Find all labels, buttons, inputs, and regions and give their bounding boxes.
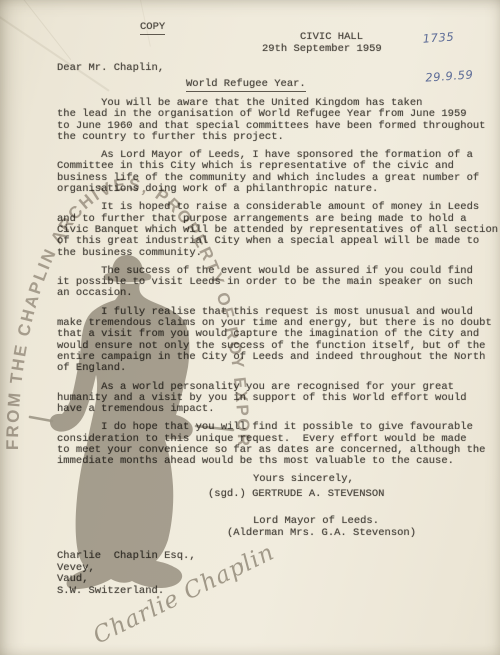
subject-line: World Refugee Year. <box>186 79 306 92</box>
text-line: of this great industrial City when a spe… <box>57 236 498 247</box>
copy-stamp: COPY <box>140 22 165 35</box>
paragraph: As Lord Mayor of Leeds, I have sponsored… <box>57 150 498 195</box>
signatory-name: (Alderman Mrs. G.A. Stevenson) <box>227 528 416 539</box>
text-line: the lead in the organisation of World Re… <box>57 109 498 120</box>
address-line: Charlie Chaplin Esq., <box>57 551 196 563</box>
paragraph: I do hope that you will find it possible… <box>57 422 498 467</box>
typed-letter-layer: COPY CIVIC HALL 29th September 1959 Dear… <box>0 0 500 655</box>
signature-line: (sgd.) GERTRUDE A. STEVENSON <box>208 489 384 500</box>
paragraph: As a world personality you are recognise… <box>57 382 498 416</box>
text-line: immediate months ahead would be ths most… <box>57 456 498 467</box>
text-line: organisations doing work of a philanthro… <box>57 184 498 195</box>
text-line: the country to further this project. <box>57 132 498 143</box>
recipient-address: Charlie Chaplin Esq.,Vevey,Vaud,S.W. Swi… <box>57 551 196 597</box>
sender-location: CIVIC HALL <box>300 32 363 43</box>
letter-body: You will be aware that the United Kingdo… <box>57 98 498 475</box>
salutation: Dear Mr. Chaplin, <box>57 63 164 74</box>
text-line: It is hoped to raise a considerable amou… <box>57 202 498 213</box>
handwritten-annotation: 1735 29.9.59 <box>420 3 475 110</box>
text-line: that a visit from you would capture the … <box>57 329 498 340</box>
annotation-date: 29.9.59 <box>425 68 474 84</box>
letter-date: 29th September 1959 <box>262 44 382 55</box>
signatory-title: Lord Mayor of Leeds. <box>253 516 379 527</box>
text-line: have a tremendous impact. <box>57 404 498 415</box>
paragraph: The success of the event would be assure… <box>57 266 498 300</box>
letter-page: COPY CIVIC HALL 29th September 1959 Dear… <box>0 0 500 655</box>
address-line: S.W. Switzerland. <box>57 586 196 598</box>
text-line: an occasion. <box>57 288 498 299</box>
annotation-ref-number: 1735 <box>422 29 471 45</box>
text-line: of England. <box>57 363 498 374</box>
text-line: the business community. <box>57 248 498 259</box>
paragraph: I fully realise that this request is mos… <box>57 307 498 375</box>
valediction: Yours sincerely, <box>253 474 354 485</box>
address-line: Vaud, <box>57 574 196 586</box>
paragraph: It is hoped to raise a considerable amou… <box>57 202 498 258</box>
